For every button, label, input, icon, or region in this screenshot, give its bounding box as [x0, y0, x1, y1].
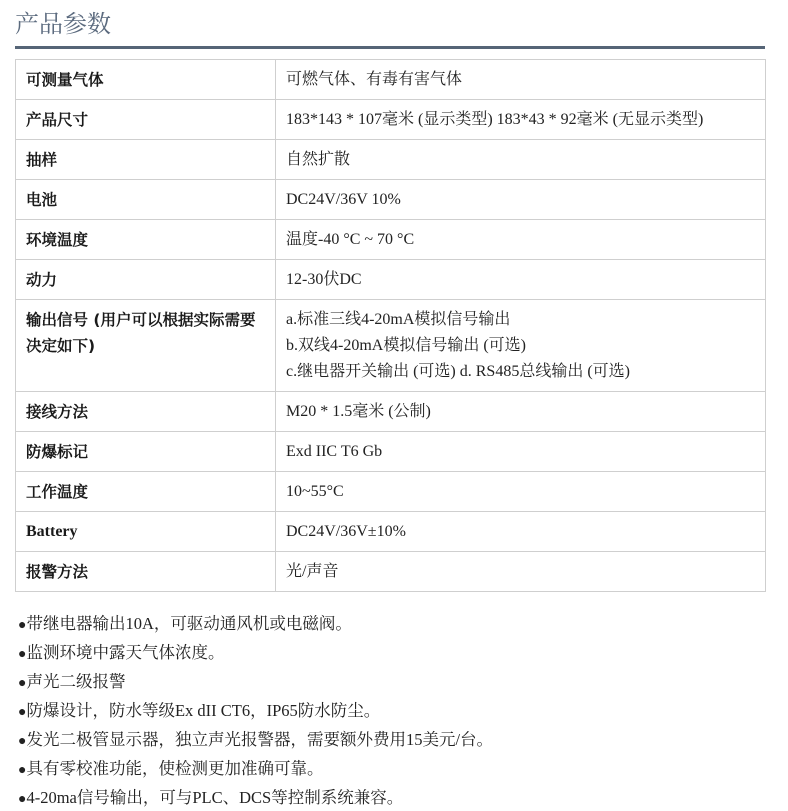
feature-text: 具有零校准功能，使检测更加准确可靠。 [26, 759, 323, 778]
feature-text: 防爆设计，防水等级Ex dII CT6，IP65防水防尘。 [26, 701, 380, 720]
spec-value-line: a.标准三线4-20mA模拟信号输出 [286, 307, 755, 333]
spec-value: Exd IIC T6 Gb [276, 432, 766, 472]
feature-text: 声光二级报警 [26, 672, 125, 691]
spec-value: M20 * 1.5毫米 (公制) [276, 392, 766, 432]
table-row: 防爆标记 Exd IIC T6 Gb [16, 432, 766, 472]
spec-key: 产品尺寸 [16, 100, 276, 140]
feature-text: 监测环境中露天气体浓度。 [26, 643, 224, 662]
table-row: 产品尺寸 183*143 * 107毫米 (显示类型) 183*43 * 92毫… [16, 100, 766, 140]
feature-text: 带继电器输出10A，可驱动通风机或电磁阀。 [26, 614, 351, 633]
list-item: ● 防爆设计，防水等级Ex dII CT6，IP65防水防尘。 [18, 697, 493, 726]
spec-value-line: 可燃气体、有毒有害气体 [286, 67, 755, 93]
spec-key: 报警方法 [16, 552, 276, 592]
spec-key: 可测量气体 [16, 60, 276, 100]
spec-key: 电池 [16, 180, 276, 220]
spec-key: 接线方法 [16, 392, 276, 432]
spec-key: 防爆标记 [16, 432, 276, 472]
list-item: ●带继电器输出10A，可驱动通风机或电磁阀。 [18, 610, 493, 639]
spec-value: 10~55°C [276, 472, 766, 512]
spec-key: 环境温度 [16, 220, 276, 260]
list-item: ● 具有零校准功能，使检测更加准确可靠。 [18, 755, 493, 784]
table-row: 动力 12-30伏DC [16, 260, 766, 300]
spec-value-line: 12-30伏DC [286, 267, 755, 293]
spec-value-line: DC24V/36V±10% [286, 519, 755, 545]
table-row: 环境温度 温度-40 °C ~ 70 °C [16, 220, 766, 260]
table-row: 输出信号 (用户可以根据实际需要决定如下) a.标准三线4-20mA模拟信号输出… [16, 300, 766, 392]
spec-table: 可测量气体 可燃气体、有毒有害气体 产品尺寸 183*143 * 107毫米 (… [15, 59, 766, 592]
spec-value-line: 183*143 * 107毫米 (显示类型) 183*43 * 92毫米 (无显… [286, 107, 755, 133]
title-divider [15, 46, 765, 49]
spec-value: DC24V/36V±10% [276, 512, 766, 552]
spec-value-line: Exd IIC T6 Gb [286, 439, 755, 465]
table-row: 抽样 自然扩散 [16, 140, 766, 180]
table-row: 报警方法 光/声音 [16, 552, 766, 592]
spec-key: 抽样 [16, 140, 276, 180]
spec-value-line: DC24V/36V 10% [286, 187, 755, 213]
spec-value: DC24V/36V 10% [276, 180, 766, 220]
spec-key: Battery [16, 512, 276, 552]
spec-value-line: 10~55°C [286, 479, 755, 505]
list-item: ●发光二极管显示器，独立声光报警器，需要额外费用15美元/台。 [18, 726, 493, 755]
table-row: 工作温度 10~55°C [16, 472, 766, 512]
table-row: 可测量气体 可燃气体、有毒有害气体 [16, 60, 766, 100]
feature-text: 发光二极管显示器，独立声光报警器，需要额外费用15美元/台。 [26, 730, 493, 749]
page-title: 产品参数 [15, 6, 111, 42]
spec-value-line: 光/声音 [286, 559, 755, 585]
feature-text: 4-20ma信号输出，可与PLC、DCS等控制系统兼容。 [26, 788, 403, 807]
spec-value-line: 自然扩散 [286, 147, 755, 173]
list-item: ● 4-20ma信号输出，可与PLC、DCS等控制系统兼容。 [18, 784, 493, 811]
spec-value: 可燃气体、有毒有害气体 [276, 60, 766, 100]
spec-value-line: M20 * 1.5毫米 (公制) [286, 399, 755, 425]
spec-value: a.标准三线4-20mA模拟信号输出 b.双线4-20mA模拟信号输出 (可选)… [276, 300, 766, 392]
list-item: ● 声光二级报警 [18, 668, 493, 697]
spec-value-line: b.双线4-20mA模拟信号输出 (可选) [286, 333, 755, 359]
spec-key: 输出信号 (用户可以根据实际需要决定如下) [16, 300, 276, 392]
spec-value: 183*143 * 107毫米 (显示类型) 183*43 * 92毫米 (无显… [276, 100, 766, 140]
spec-value: 自然扩散 [276, 140, 766, 180]
spec-value: 光/声音 [276, 552, 766, 592]
spec-value-line: 温度-40 °C ~ 70 °C [286, 227, 755, 253]
spec-value: 温度-40 °C ~ 70 °C [276, 220, 766, 260]
table-row: 接线方法 M20 * 1.5毫米 (公制) [16, 392, 766, 432]
table-row: 电池 DC24V/36V 10% [16, 180, 766, 220]
spec-value: 12-30伏DC [276, 260, 766, 300]
table-row: Battery DC24V/36V±10% [16, 512, 766, 552]
spec-key: 工作温度 [16, 472, 276, 512]
list-item: ● 监测环境中露天气体浓度。 [18, 639, 493, 668]
spec-value-line: c.继电器开关输出 (可选) d. RS485总线输出 (可选) [286, 359, 755, 385]
spec-key: 动力 [16, 260, 276, 300]
feature-list: ●带继电器输出10A，可驱动通风机或电磁阀。 ● 监测环境中露天气体浓度。 ● … [18, 610, 493, 811]
